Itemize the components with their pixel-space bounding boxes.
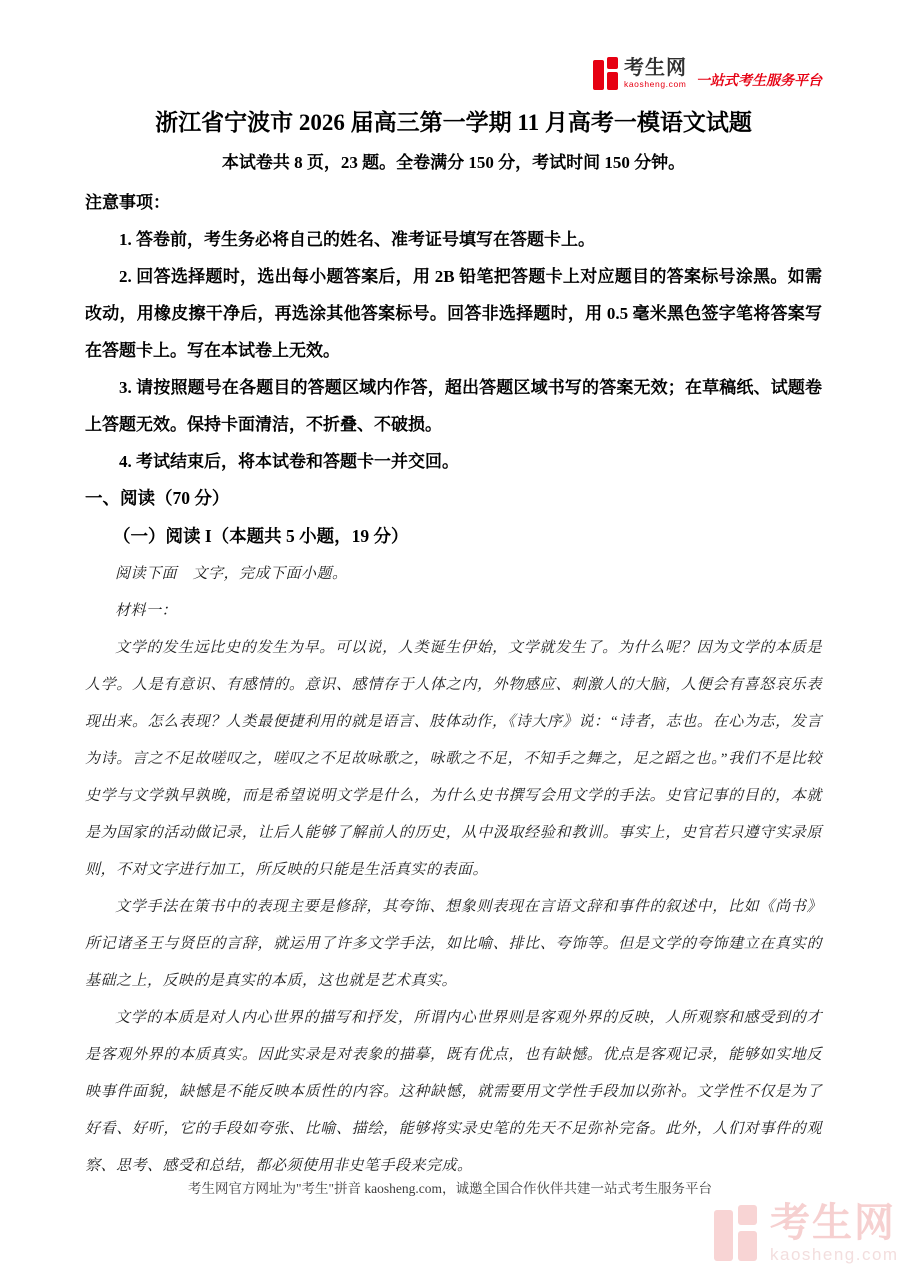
- exam-paper-page: 考生网 kaosheng.com 一站式考生服务平台 浙江省宁波市 2026 届…: [0, 0, 900, 1273]
- notice-section: 注意事项： 1. 答卷前，考生务必将自己的姓名、准考证号填写在答题卡上。 2. …: [85, 184, 822, 480]
- brand-tagline: 一站式考生服务平台: [696, 70, 822, 90]
- watermark-brand-name: 考生网: [770, 1203, 899, 1243]
- material-1-paragraph-2: 文学手法在策书中的表现主要是修辞，其夸饰、想象则表现在言语文辞和事件的叙述中，比…: [85, 889, 822, 1000]
- notice-item-2: 2. 回答选择题时，选出每小题答案后，用 2B 铅笔把答题卡上对应题目的答案标号…: [85, 258, 822, 369]
- kaosheng-h-mark-icon: [593, 57, 619, 90]
- notice-item-3: 3. 请按照题号在各题目的答题区域内作答，超出答题区域书写的答案无效；在草稿纸、…: [85, 369, 822, 443]
- kaosheng-h-mark-watermark-icon: [714, 1205, 760, 1261]
- footer-text: 考生网官方网址为"考生"拼音 kaosheng.com，诚邀全国合作伙伴共建一站…: [0, 1177, 900, 1201]
- brand-domain: kaosheng.com: [624, 80, 687, 89]
- kaosheng-logo-lockup: 考生网 kaosheng.com: [593, 57, 687, 90]
- reading-intro: 阅读下面 文字，完成下面小题。: [85, 556, 822, 593]
- section-1-heading: 一、阅读（70 分）: [85, 480, 822, 517]
- notice-heading: 注意事项：: [85, 184, 822, 221]
- kaosheng-logo: 考生网 kaosheng.com 一站式考生服务平台: [593, 57, 822, 90]
- material-1-paragraph-1: 文学的发生远比史的发生为早。可以说，人类诞生伊始，文学就发生了。为什么呢？因为文…: [85, 630, 822, 889]
- reading-passage: 阅读下面 文字，完成下面小题。 材料一： 文学的发生远比史的发生为早。可以说，人…: [85, 556, 822, 1185]
- watermark-brand-domain: kaosheng.com: [770, 1246, 899, 1263]
- brand-name: 考生网: [624, 58, 687, 78]
- kaosheng-watermark: 考生网 kaosheng.com: [714, 1203, 899, 1263]
- document-content: 浙江省宁波市 2026 届高三第一学期 11 月高考一模语文试题 本试卷共 8 …: [0, 108, 900, 1185]
- section-1-sub-heading: （一）阅读 I（本题共 5 小题，19 分）: [85, 517, 822, 555]
- material-1-label: 材料一：: [85, 593, 822, 630]
- material-1-paragraph-3: 文学的本质是对人内心世界的描写和抒发，所谓内心世界则是客观外界的反映，人所观察和…: [85, 1000, 822, 1185]
- notice-item-1: 1. 答卷前，考生务必将自己的姓名、准考证号填写在答题卡上。: [85, 221, 822, 258]
- page-title: 浙江省宁波市 2026 届高三第一学期 11 月高考一模语文试题: [85, 108, 822, 138]
- notice-item-4: 4. 考试结束后，将本试卷和答题卡一并交回。: [85, 443, 822, 480]
- watermark-text: 考生网 kaosheng.com: [770, 1203, 899, 1263]
- kaosheng-logo-text: 考生网 kaosheng.com: [624, 58, 687, 89]
- page-subtitle: 本试卷共 8 页，23 题。全卷满分 150 分，考试时间 150 分钟。: [85, 150, 822, 176]
